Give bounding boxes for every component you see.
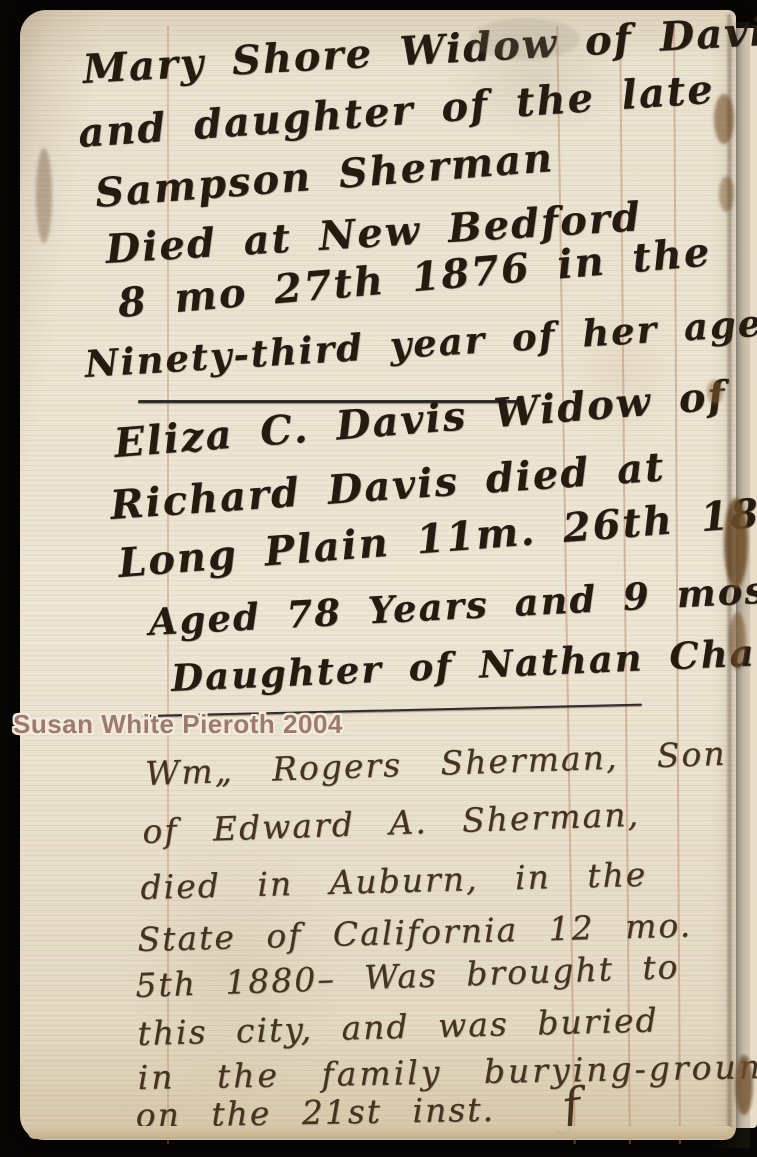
page-crease [726, 14, 733, 1134]
page-bottom-edge [28, 1126, 734, 1139]
binding-thread [735, 1055, 753, 1115]
copyright-watermark: Susan White Pieroth 2004 [13, 709, 343, 740]
paper-stain [707, 380, 723, 404]
scanned-page-photo: Mary Shore Widow of David and daughter o… [0, 0, 757, 1157]
paper-smudge [470, 18, 580, 60]
edge-wear-mark [36, 148, 52, 243]
